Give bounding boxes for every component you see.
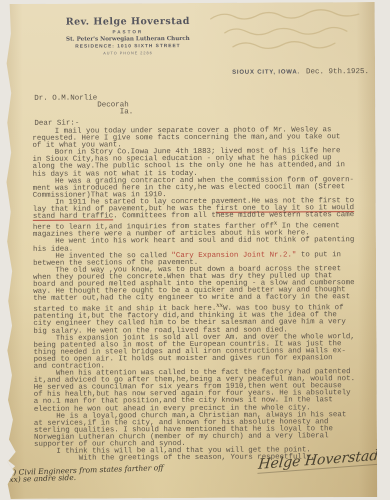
letterhead-title: PASTOR [42, 29, 214, 35]
handwritten-footnotes: x) Civil Engineers from states farther o… [9, 464, 164, 483]
recipient-line: Ia. [34, 109, 133, 117]
letter-body: I mail you today under separate cover a … [32, 127, 369, 463]
dateline-city: SIOUX CITY, IOWA. [232, 69, 300, 75]
body-segment: to put in [296, 251, 341, 259]
body-segment: stand hard traffic [33, 213, 113, 221]
dateline-date: Dec. 9th.1925. [306, 68, 369, 76]
handwritten-mark: xx [216, 302, 223, 309]
letterhead: Rev. Helge Hoverstad PASTOR St. Peter's … [42, 16, 214, 55]
torn-edge-notch [6, 459, 15, 475]
letterhead-church: St. Peter's Norwegian Lutheran Church [42, 36, 214, 43]
dateline: SIOUX CITY, IOWA.Dec. 9th.1925. [232, 60, 369, 79]
letterhead-name: Rev. Helge Hoverstad [42, 16, 214, 28]
letterhead-phone: AUTO PHONE 2286 [42, 50, 214, 55]
recipient-block: Dr. O.M.Norlie Decorah Ia.Dear Sir:- [34, 95, 133, 128]
letter-paper: Rev. Helge Hoverstad PASTOR St. Peter's … [4, 2, 378, 499]
scanned-letter: Rev. Helge Hoverstad PASTOR St. Peter's … [0, 0, 390, 500]
letterhead-residence: RESIDENCE: 1010 SIXTH STREET [42, 44, 214, 50]
bleed-through-handwriting [203, 6, 373, 62]
